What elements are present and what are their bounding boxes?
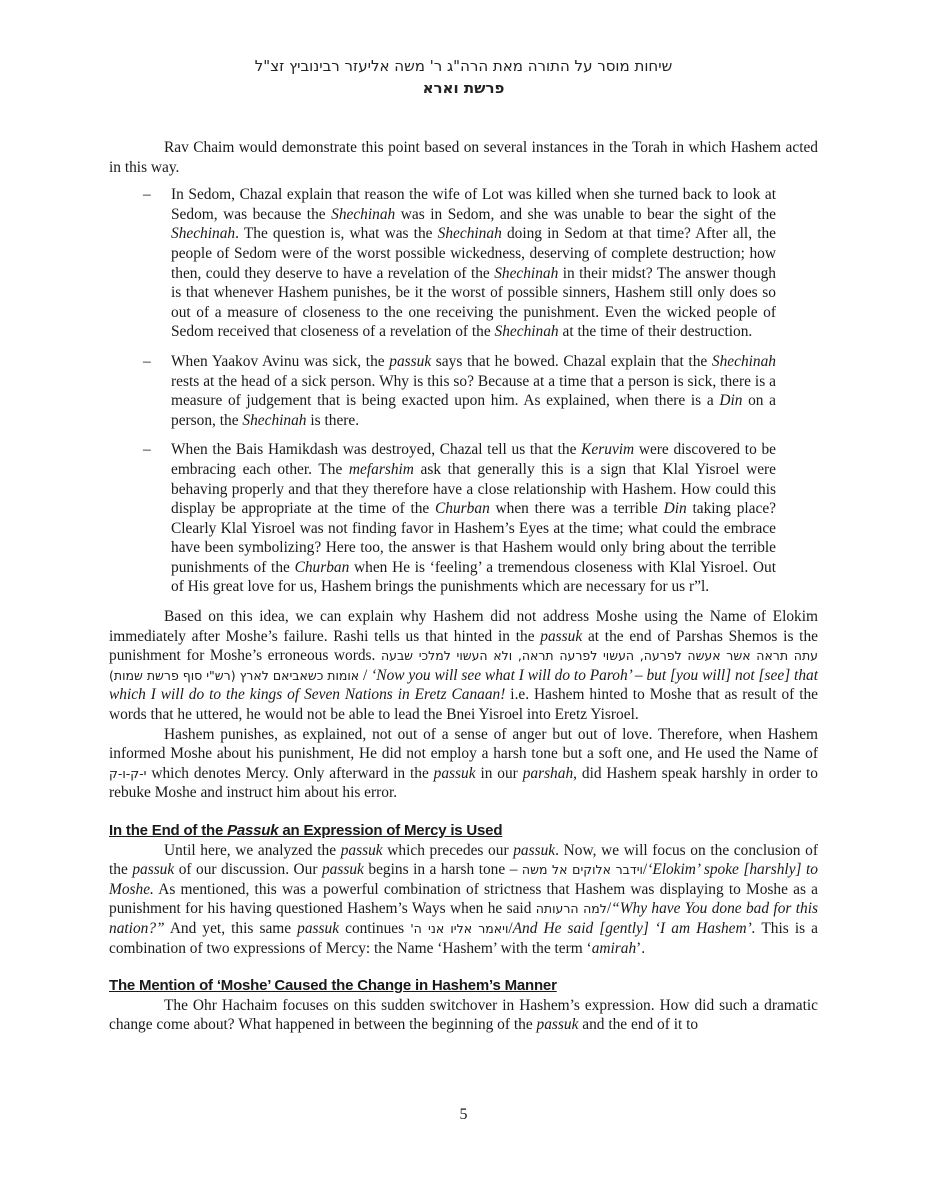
hebrew-quote: למה הרעותה xyxy=(536,901,607,916)
italic-term: Din xyxy=(719,392,742,409)
italic-term: passuk xyxy=(297,920,339,937)
header-title: שיחות מוסר על התורה מאת הרה"ג ר' משה אלי… xyxy=(0,55,927,77)
hebrew-quote: ויאמר אליו אני ה' xyxy=(410,921,508,936)
italic-term: passuk xyxy=(389,353,431,370)
italic-term: Din xyxy=(664,500,687,517)
italic-term: amirah xyxy=(592,940,636,957)
italic-term: Keruvim xyxy=(581,441,634,458)
page-header: שיחות מוסר על התורה מאת הרה"ג ר' משה אלי… xyxy=(0,55,927,99)
mercy-name-paragraph: Hashem punishes, as explained, not out o… xyxy=(109,725,818,803)
italic-term: Passuk xyxy=(227,822,278,839)
list-item: – When Yaakov Avinu was sick, the passuk… xyxy=(171,352,776,430)
hebrew-quote: וידבר אלוקים אל משה xyxy=(522,862,643,877)
italic-term: Shechinah xyxy=(494,265,558,282)
examples-list: – In Sedom, Chazal explain that reason t… xyxy=(109,185,776,597)
italic-term: passuk xyxy=(540,628,582,645)
italic-term: parshah xyxy=(523,765,573,782)
list-item-text: When Yaakov Avinu was sick, the passuk s… xyxy=(171,353,776,429)
italic-term: Shechinah xyxy=(438,225,502,242)
section-moshe-paragraph: The Ohr Hachaim focuses on this sudden s… xyxy=(109,996,818,1035)
dash-bullet: – xyxy=(143,440,151,460)
list-item: – When the Bais Hamikdash was destroyed,… xyxy=(171,440,776,597)
italic-term: passuk xyxy=(132,861,174,878)
italic-term: Churban xyxy=(295,559,350,576)
section-mercy-paragraph: Until here, we analyzed the passuk which… xyxy=(109,841,818,959)
hebrew-quote: י-ק-ו-ק xyxy=(109,766,146,781)
italic-term: Shechinah xyxy=(712,353,776,370)
italic-term: passuk xyxy=(513,842,555,859)
page-body: Rav Chaim would demonstrate this point b… xyxy=(109,138,818,1035)
page-number: 5 xyxy=(0,1106,927,1124)
list-item: – In Sedom, Chazal explain that reason t… xyxy=(171,185,776,342)
italic-term: Shechinah xyxy=(331,206,395,223)
italic-term: Shechinah xyxy=(242,412,306,429)
rashi-paragraph: Based on this idea, we can explain why H… xyxy=(109,607,818,725)
italic-term: Churban xyxy=(435,500,490,517)
italic-term: ‘Elokim’ spoke [harshly] to Moshe. xyxy=(109,861,818,898)
italic-term: Shechinah xyxy=(495,323,559,340)
header-parsha: פרשת וארא xyxy=(0,77,927,99)
italic-term: passuk xyxy=(434,765,476,782)
italic-term: Shechinah xyxy=(171,225,235,242)
list-item-text: In Sedom, Chazal explain that reason the… xyxy=(171,186,776,340)
document-page: שיחות מוסר על התורה מאת הרה"ג ר' משה אלי… xyxy=(0,0,927,1200)
italic-term: And He said [gently] ‘I am Hashem’. xyxy=(513,920,756,937)
italic-term: mefarshim xyxy=(349,461,414,478)
italic-term: passuk xyxy=(322,861,364,878)
section-heading-mercy: In the End of the Passuk an Expression o… xyxy=(109,821,818,841)
section-heading-moshe: The Mention of ‘Moshe’ Caused the Change… xyxy=(109,976,818,996)
list-item-text: When the Bais Hamikdash was destroyed, C… xyxy=(171,441,776,595)
italic-term: passuk xyxy=(537,1016,579,1033)
italic-term: passuk xyxy=(341,842,383,859)
intro-paragraph: Rav Chaim would demonstrate this point b… xyxy=(109,138,818,177)
dash-bullet: – xyxy=(143,185,151,205)
dash-bullet: – xyxy=(143,352,151,372)
